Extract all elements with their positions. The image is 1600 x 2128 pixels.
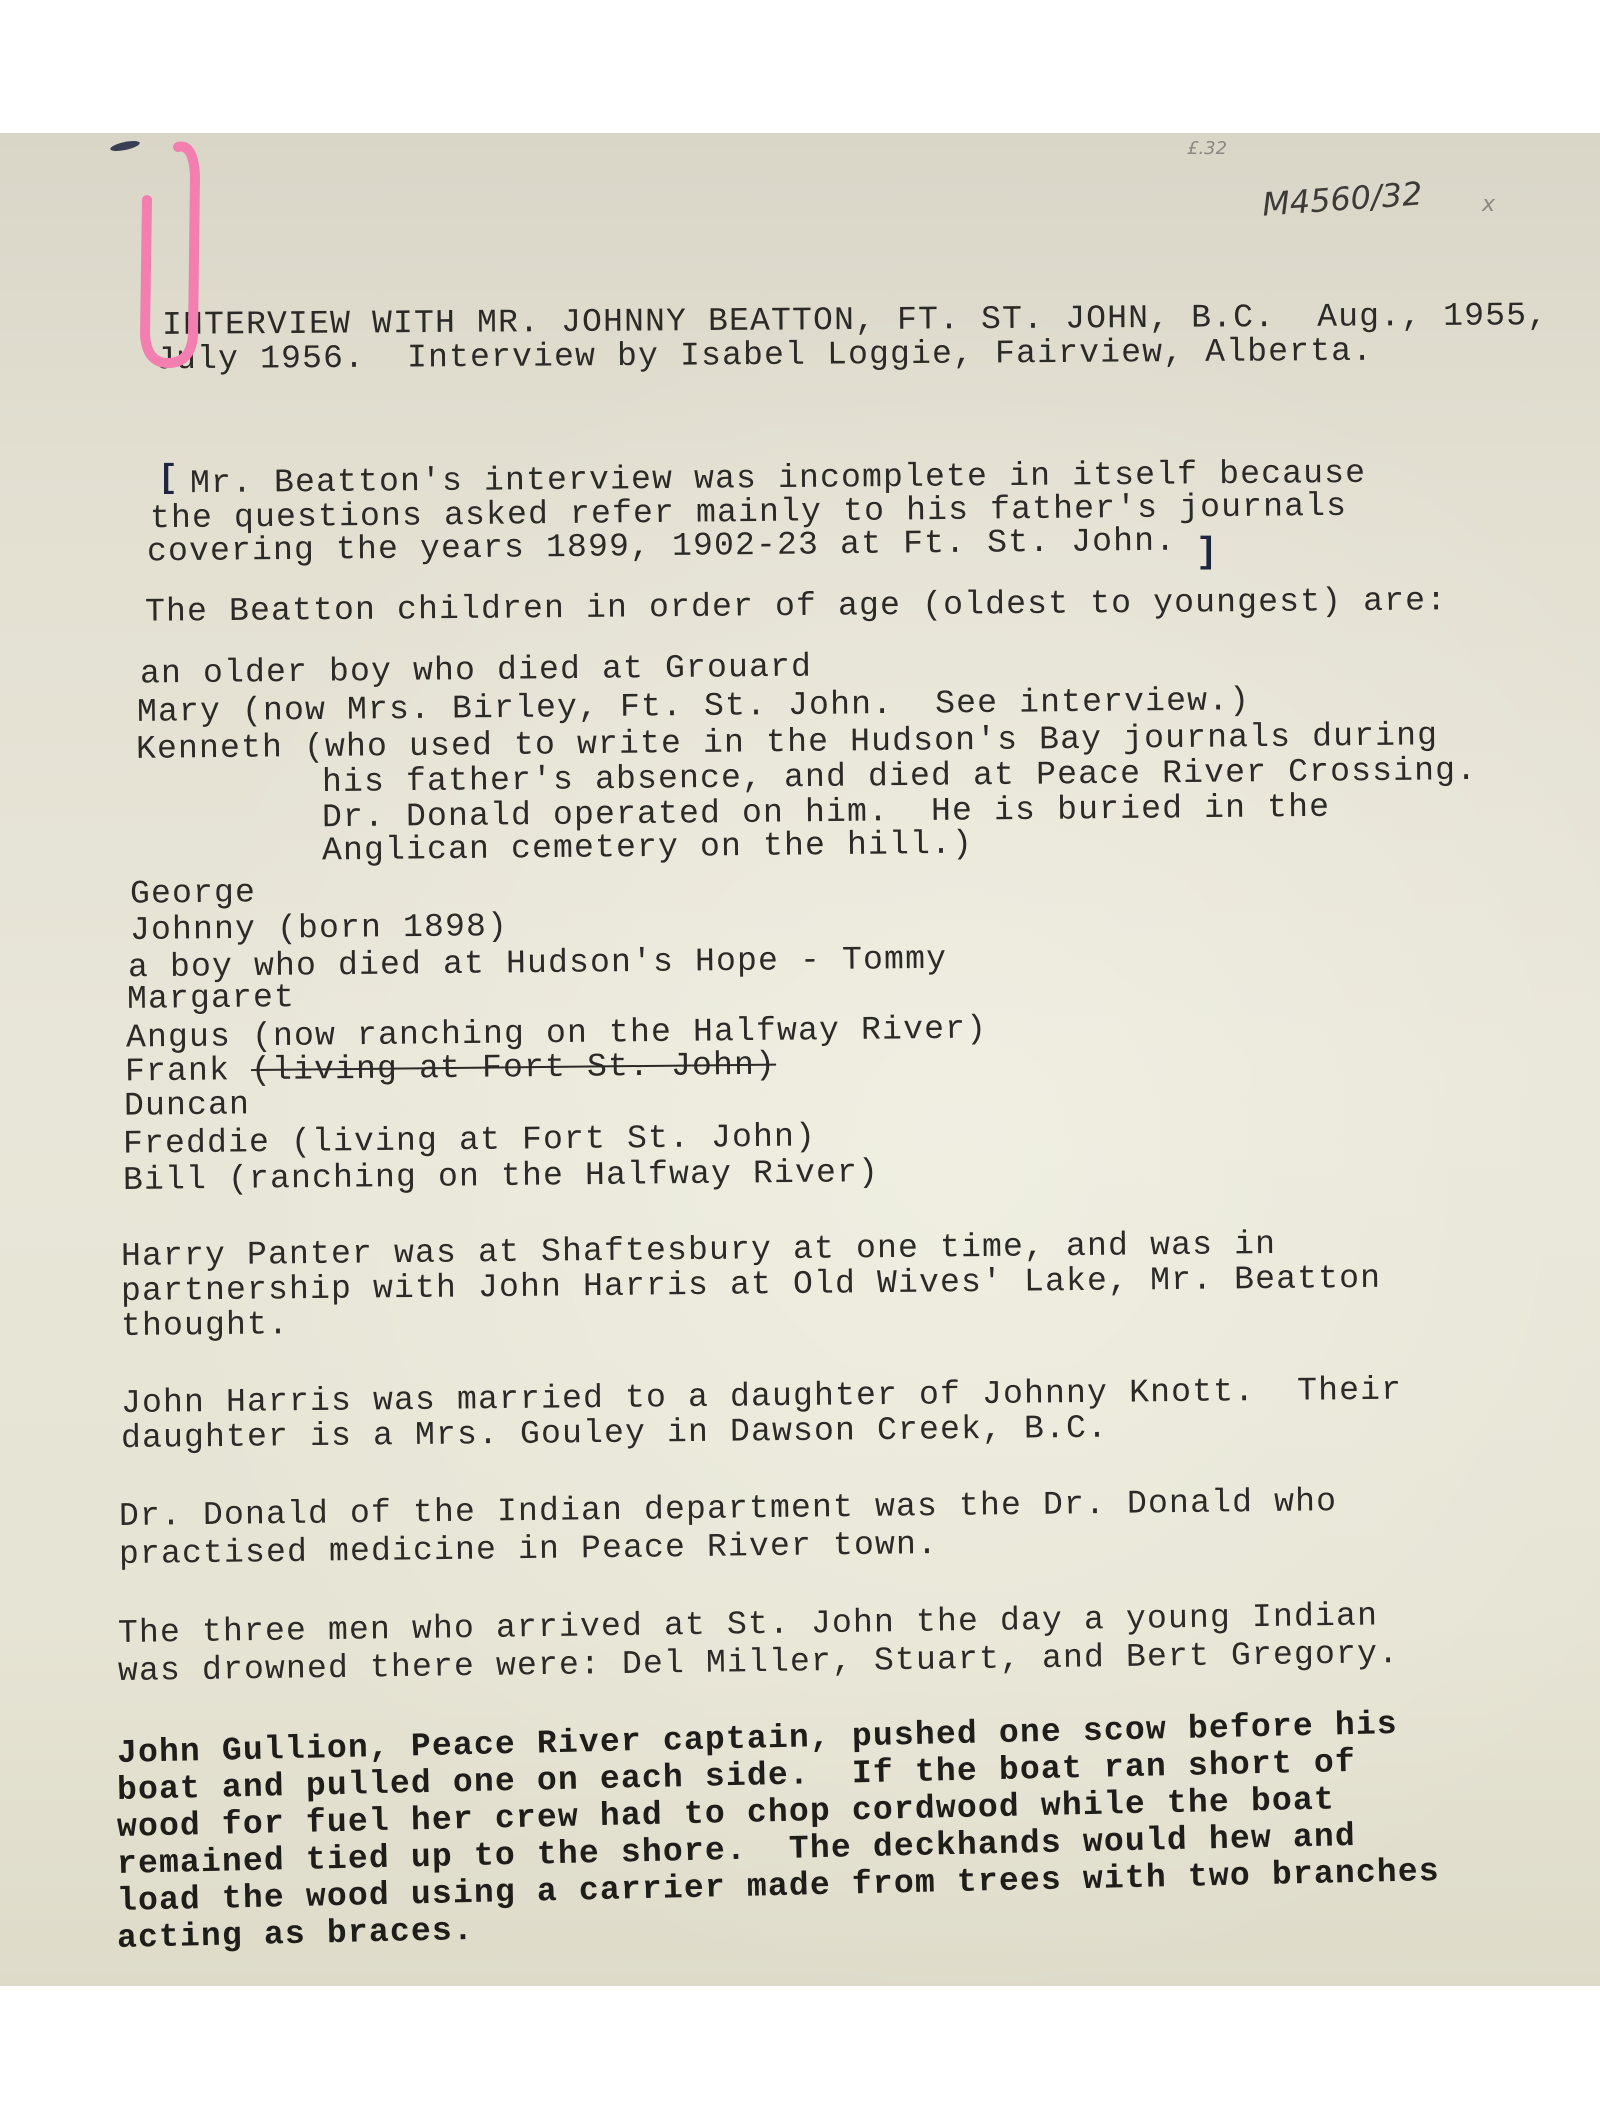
struck-text: (living at Fort St. John) [251,1047,776,1089]
child-entry: George [130,874,256,912]
child-entry: Margaret [127,979,295,1018]
paragraph-line: thought. [121,1306,289,1345]
child-text: Margaret [127,979,295,1018]
child-text: Bill (ranching on the Halfway River) [123,1154,879,1199]
archive-mark: x [1482,192,1495,217]
child-text: Frank [125,1052,251,1090]
child-entry: Bill (ranching on the Halfway River) [123,1154,879,1199]
note-open-bracket: [ [158,460,179,497]
faded-note: £.32 [1187,138,1227,159]
note-close-bracket: ] [1196,532,1219,573]
child-entry: an older boy who died at Grouard [140,648,812,692]
child-text: Johnny (born 1898) [130,908,508,949]
child-text: George [130,874,256,912]
child-entry: Johnny (born 1898) [130,908,508,949]
child-text: an older boy who died at Grouard [140,648,812,692]
child-entry: Duncan [124,1086,250,1124]
paperclip-icon [125,135,215,375]
child-text: Duncan [124,1086,250,1124]
child-entry: Frank (living at Fort St. John) [125,1047,776,1091]
child-entry: Anglican cemetery on the hill.) [322,826,973,870]
child-text: Anglican cemetery on the hill.) [322,826,973,870]
